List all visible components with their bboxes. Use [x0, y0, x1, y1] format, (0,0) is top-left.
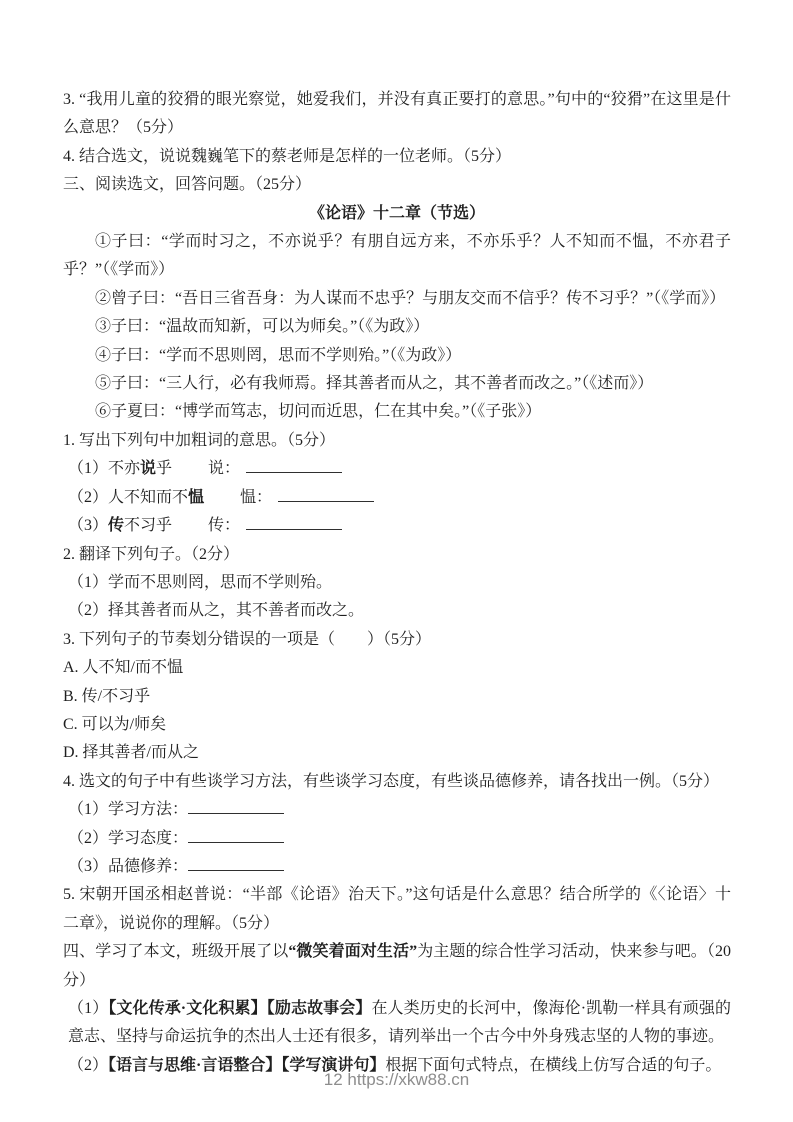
answer-blank: [246, 457, 342, 473]
option-b: B. 传/不习乎: [63, 683, 731, 711]
vocab-phrase-post: 不习乎: [124, 517, 172, 534]
answer-blank: [188, 827, 284, 843]
category-label: （1）学习方法：: [68, 801, 188, 818]
vocab-phrase-pre: （2）人不知而不: [68, 489, 188, 506]
question-3: 3. “我用儿童的狡猾的眼光察觉，她爱我们，并没有真正要打的意思。”句中的“狡猾…: [63, 86, 731, 143]
passage-paragraph-5: ⑤子曰：“三人行，必有我师焉。择其善者而从之，其不善者而改之。”（《述而》）: [63, 370, 731, 398]
passage-paragraph-6: ⑥子夏曰：“博学而笃志，切问而近思，仁在其中矣。”（《子张》）: [63, 398, 731, 426]
option-a: A. 人不知/而不愠: [63, 654, 731, 682]
question-4: 4. 结合选文，说说魏巍笔下的蔡老师是怎样的一位老师。（5分）: [63, 143, 731, 171]
subquestion-2-stem: 2. 翻译下列句子。（2分）: [63, 541, 731, 569]
passage-paragraph-1: ①子曰：“学而时习之，不亦说乎？有朋自远方来，不亦乐乎？人不知而不愠，不亦君子乎…: [63, 228, 731, 285]
answer-blank: [278, 486, 374, 502]
section-3-heading: 三、阅读选文，回答问题。（25分）: [63, 171, 731, 199]
activity-1-number: （1）: [68, 1000, 108, 1017]
activity-1-tags: 【文化传承·文化积累】【励志故事会】: [108, 1000, 371, 1017]
vocab-answer-label: 愠：: [240, 489, 272, 506]
vocab-item-3: （3）传不习乎传：: [63, 512, 731, 540]
vocab-answer-label: 传：: [208, 517, 240, 534]
option-d: D. 择其善者/而从之: [63, 739, 731, 767]
vocab-bold-word: 愠: [188, 489, 204, 506]
category-label: （3）品德修养：: [68, 858, 188, 875]
exam-content: 3. “我用儿童的狡猾的眼光察觉，她爱我们，并没有真正要打的意思。”句中的“狡猾…: [63, 86, 731, 1080]
subquestion-4-stem: 4. 选文的句子中有些谈学习方法，有些谈学习态度，有些谈品德修养，请各找出一例。…: [63, 768, 731, 796]
option-c: C. 可以为/师矣: [63, 711, 731, 739]
section-4-pre: 四、学习了本文，班级开展了以: [63, 943, 288, 960]
page-footer-url: 12 https://xkw88.cn: [0, 1066, 793, 1094]
category-item-2: （2）学习态度：: [63, 825, 731, 853]
vocab-item-2: （2）人不知而不愠愠：: [63, 484, 731, 512]
activity-1: （1）【文化传承·文化积累】【励志故事会】在人类历史的长河中，像海伦·凯勒一样具…: [63, 995, 731, 1052]
passage-paragraph-3: ③子曰：“温故而知新，可以为师矣。”（《为政》）: [63, 313, 731, 341]
category-item-3: （3）品德修养：: [63, 853, 731, 881]
answer-blank: [188, 855, 284, 871]
translate-sentence-1: （1）学而不思则罔，思而不学则殆。: [63, 569, 731, 597]
answer-blank: [188, 798, 284, 814]
category-label: （2）学习态度：: [68, 830, 188, 847]
section-4-theme: “微笑着面对生活”: [288, 943, 417, 960]
answer-blank: [246, 514, 342, 530]
vocab-answer-label: 说：: [208, 460, 240, 477]
vocab-bold-word: 说: [140, 460, 156, 477]
vocab-item-1: （1）不亦说乎说：: [63, 455, 731, 483]
exam-paper-page: 3. “我用儿童的狡猾的眼光察觉，她爱我们，并没有真正要打的意思。”句中的“狡猾…: [0, 0, 793, 1122]
vocab-bold-word: 传: [108, 517, 124, 534]
passage-paragraph-4: ④子曰：“学而不思则罔，思而不学则殆。”（《为政》）: [63, 342, 731, 370]
vocab-phrase-pre: （3）: [68, 517, 108, 534]
subquestion-5: 5. 宋朝开国丞相赵普说：“半部《论语》治天下。”这句话是什么意思？结合所学的《…: [63, 881, 731, 938]
passage-title: 《论语》十二章（节选）: [63, 200, 731, 228]
subquestion-1-stem: 1. 写出下列句中加粗词的意思。（5分）: [63, 427, 731, 455]
subquestion-3-stem: 3. 下列句子的节奏划分错误的一项是（ ）（5分）: [63, 626, 731, 654]
translate-sentence-2: （2）择其善者而从之，其不善者而改之。: [63, 597, 731, 625]
section-4-heading: 四、学习了本文，班级开展了以“微笑着面对生活”为主题的综合性学习活动，快来参与吧…: [63, 938, 731, 995]
vocab-phrase-pre: （1）不亦: [68, 460, 140, 477]
passage-paragraph-2: ②曾子曰：“吾日三省吾身：为人谋而不忠乎？与朋友交而不信乎？传不习乎？”（《学而…: [63, 285, 731, 313]
category-item-1: （1）学习方法：: [63, 796, 731, 824]
vocab-phrase-post: 乎: [156, 460, 172, 477]
